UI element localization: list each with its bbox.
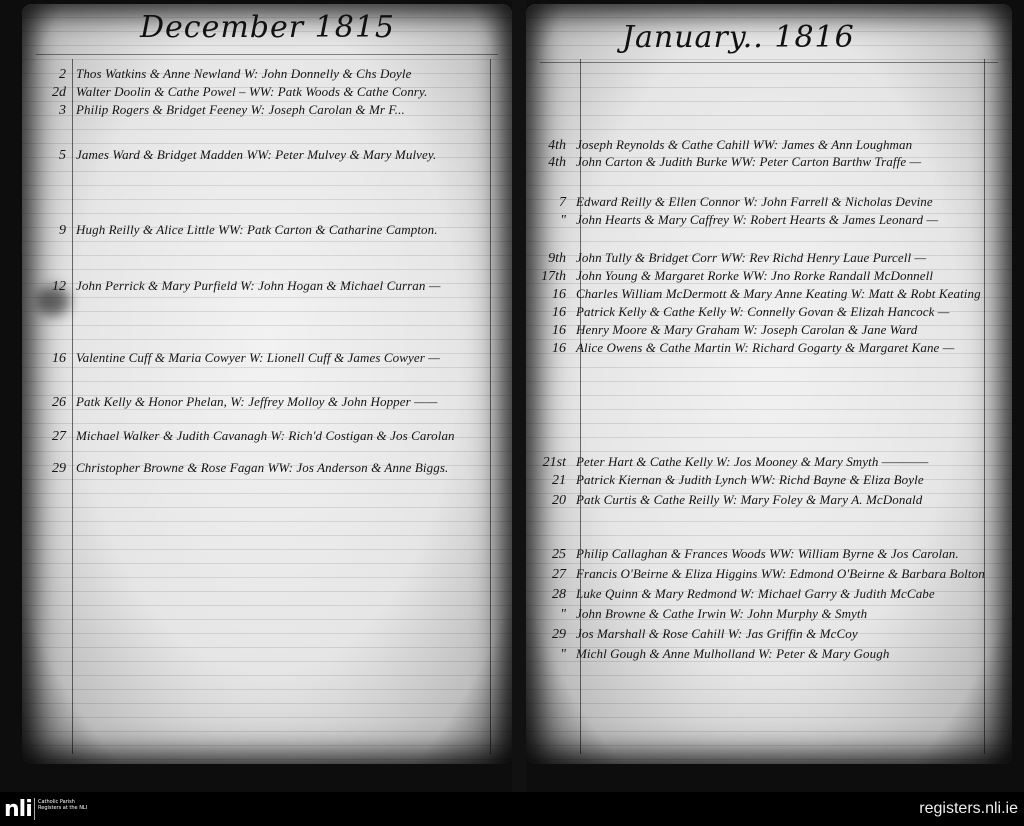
entry: 27Michael Walker & Judith Cavanagh W: Ri… [32, 428, 455, 445]
header-rule [36, 54, 498, 55]
logo-caption: Catholic Parish Registers at the NLI [38, 799, 88, 811]
entry: 16Valentine Cuff & Maria Cowyer W: Lione… [32, 350, 440, 367]
entry: 9thJohn Tully & Bridget Corr WW: Rev Ric… [532, 250, 926, 267]
entry: "John Hearts & Mary Caffrey W: Robert He… [532, 212, 938, 229]
entry: 21Patrick Kiernan & Judith Lynch WW: Ric… [532, 472, 924, 489]
entry: 4thJohn Carton & Judith Burke WW: Peter … [532, 154, 921, 171]
entry: 16Alice Owens & Cathe Martin W: Richard … [532, 340, 954, 357]
register-image-viewer[interactable]: December 1815 2Thos Watkins & Anne Newla… [0, 0, 1024, 792]
footer-bar: nli Catholic Parish Registers at the NLI… [0, 792, 1024, 826]
entry: 25Philip Callaghan & Frances Woods WW: W… [532, 546, 959, 563]
book-spine [512, 0, 526, 792]
right-page: January.. 1816 4thJoseph Reynolds & Cath… [526, 4, 1012, 764]
entry: 16Charles William McDermott & Mary Anne … [532, 286, 981, 303]
entry: 28Luke Quinn & Mary Redmond W: Michael G… [532, 586, 935, 603]
right-page-title: January.. 1816 [622, 20, 855, 55]
entry: 2dWalter Doolin & Cathe Powel – WW: Patk… [32, 84, 427, 101]
entry: 29Jos Marshall & Rose Cahill W: Jas Grif… [532, 626, 858, 643]
right-margin-rule [490, 59, 491, 754]
entry: 4thJoseph Reynolds & Cathe Cahill WW: Ja… [532, 137, 912, 154]
logo-divider [34, 798, 35, 820]
entry: 9Hugh Reilly & Alice Little WW: Patk Car… [32, 222, 438, 239]
left-page: December 1815 2Thos Watkins & Anne Newla… [22, 4, 512, 764]
entry: 20Patk Curtis & Cathe Reilly W: Mary Fol… [532, 492, 922, 509]
entry: 29Christopher Browne & Rose Fagan WW: Jo… [32, 460, 448, 477]
left-page-title: December 1815 [140, 10, 395, 45]
right-margin-rule [984, 59, 985, 754]
site-link[interactable]: registers.nli.ie [919, 800, 1018, 818]
entry: "John Browne & Cathe Irwin W: John Murph… [532, 606, 867, 623]
entry: 27Francis O'Beirne & Eliza Higgins WW: E… [532, 566, 985, 583]
nli-logo[interactable]: nli [4, 798, 32, 822]
entry: 16Henry Moore & Mary Graham W: Joseph Ca… [532, 322, 917, 339]
entry: 3Philip Rogers & Bridget Feeney W: Josep… [32, 102, 405, 119]
entry: "Michl Gough & Anne Mulholland W: Peter … [532, 646, 889, 663]
header-rule [540, 62, 998, 63]
entry: 16Patrick Kelly & Cathe Kelly W: Connell… [532, 304, 949, 321]
entry: 17thJohn Young & Margaret Rorke WW: Jno … [532, 268, 933, 285]
entry: 2Thos Watkins & Anne Newland W: John Don… [32, 66, 412, 83]
entry: 26Patk Kelly & Honor Phelan, W: Jeffrey … [32, 394, 437, 411]
entry: 5James Ward & Bridget Madden WW: Peter M… [32, 147, 436, 164]
entry: 12John Perrick & Mary Purfield W: John H… [32, 278, 441, 295]
entry: 21stPeter Hart & Cathe Kelly W: Jos Moon… [532, 454, 928, 471]
entry: 7Edward Reilly & Ellen Connor W: John Fa… [532, 194, 933, 211]
